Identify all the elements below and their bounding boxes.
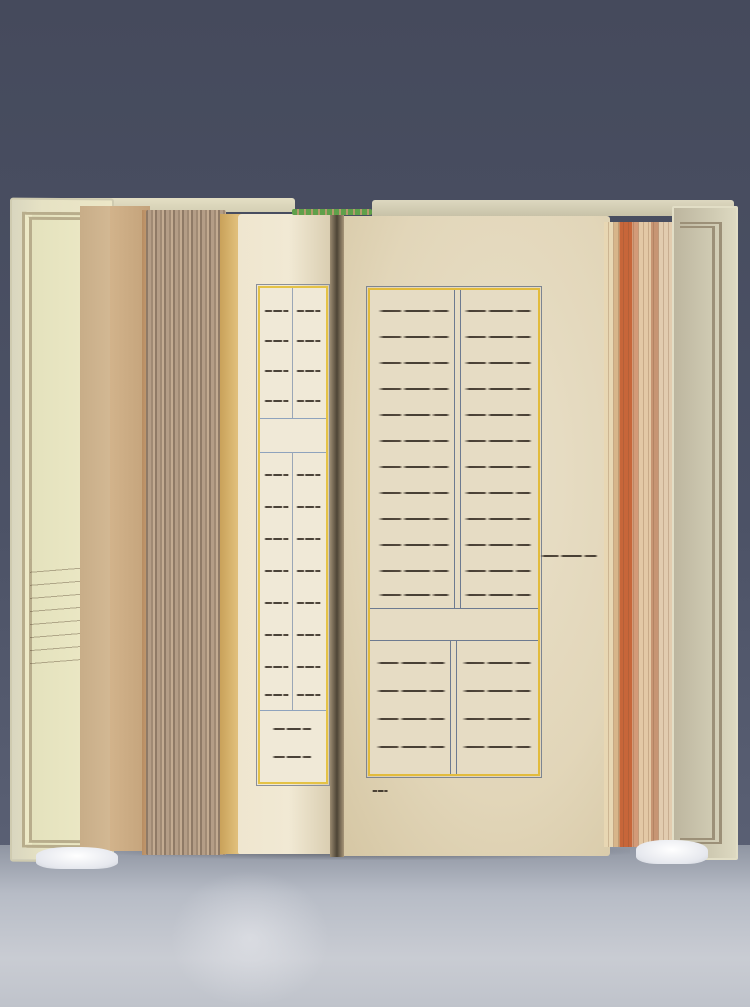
panel-rule (260, 452, 326, 453)
surface-reflection (170, 870, 330, 1007)
calligraphy-line (378, 544, 450, 546)
calligraphy-line (296, 400, 321, 402)
calligraphy-line (464, 544, 532, 546)
calligraphy-line (378, 570, 450, 572)
calligraphy-line (272, 728, 312, 730)
calligraphy-line (264, 694, 289, 696)
panel-rule (370, 640, 538, 641)
calligraphy-line (464, 466, 532, 468)
calligraphy-line (462, 718, 532, 720)
calligraphy-line (376, 718, 446, 720)
calligraphy-line (464, 594, 532, 596)
panel-rule (260, 418, 326, 419)
calligraphy-line (296, 474, 321, 476)
calligraphy-line (464, 414, 532, 416)
calligraphy-line (264, 634, 289, 636)
column-divider (450, 640, 451, 774)
spine-gutter (330, 212, 344, 857)
display-surface (0, 845, 750, 1007)
left-book-support (36, 847, 118, 869)
margin-annotation (540, 545, 598, 565)
left-text-block (258, 286, 328, 784)
right-cover (672, 206, 738, 860)
calligraphy-line (378, 362, 450, 364)
calligraphy-line (264, 506, 289, 508)
column-divider (454, 290, 455, 608)
calligraphy-line (464, 388, 532, 390)
calligraphy-line (378, 336, 450, 338)
calligraphy-line (264, 602, 289, 604)
calligraphy-line (296, 666, 321, 668)
right-page-stack-lines (604, 222, 682, 847)
calligraphy-line (264, 570, 289, 572)
calligraphy-line (464, 310, 532, 312)
column-divider (292, 452, 293, 710)
calligraphy-line (264, 666, 289, 668)
calligraphy-line (464, 362, 532, 364)
left-page-stack (146, 210, 226, 855)
right-cover-border-ornament (680, 222, 722, 844)
calligraphy-line (296, 694, 321, 696)
right-text-block (368, 288, 540, 776)
calligraphy-line (378, 492, 450, 494)
calligraphy-line (378, 518, 450, 520)
calligraphy-line (462, 662, 532, 664)
calligraphy-line (376, 662, 446, 664)
calligraphy-line (296, 602, 321, 604)
calligraphy-line (296, 538, 321, 540)
calligraphy-line (464, 492, 532, 494)
calligraphy-line (378, 388, 450, 390)
calligraphy-line (296, 310, 321, 312)
panel-rule (370, 608, 538, 609)
calligraphy-line (376, 746, 446, 748)
right-book-support (636, 840, 708, 864)
column-divider (292, 288, 293, 418)
calligraphy-line (464, 518, 532, 520)
calligraphy-line (296, 570, 321, 572)
calligraphy-line (264, 370, 289, 372)
calligraphy-line (378, 466, 450, 468)
calligraphy-line (296, 634, 321, 636)
calligraphy-line (464, 570, 532, 572)
calligraphy-line (272, 756, 312, 758)
green-headband (292, 209, 372, 215)
calligraphy-line (464, 440, 532, 442)
calligraphy-line (376, 690, 446, 692)
calligraphy-line (372, 790, 388, 792)
catchword (372, 783, 388, 799)
column-divider (460, 290, 461, 608)
calligraphy-line (378, 414, 450, 416)
panel-rule (260, 710, 326, 711)
calligraphy-line (378, 310, 450, 312)
calligraphy-line (540, 555, 598, 557)
calligraphy-line (264, 400, 289, 402)
calligraphy-line (378, 440, 450, 442)
calligraphy-line (296, 340, 321, 342)
calligraphy-line (464, 336, 532, 338)
calligraphy-line (264, 310, 289, 312)
calligraphy-line (462, 746, 532, 748)
calligraphy-line (296, 370, 321, 372)
calligraphy-line (378, 594, 450, 596)
calligraphy-line (264, 538, 289, 540)
calligraphy-line (264, 340, 289, 342)
column-divider (456, 640, 457, 774)
calligraphy-line (462, 690, 532, 692)
calligraphy-line (296, 506, 321, 508)
calligraphy-line (264, 474, 289, 476)
